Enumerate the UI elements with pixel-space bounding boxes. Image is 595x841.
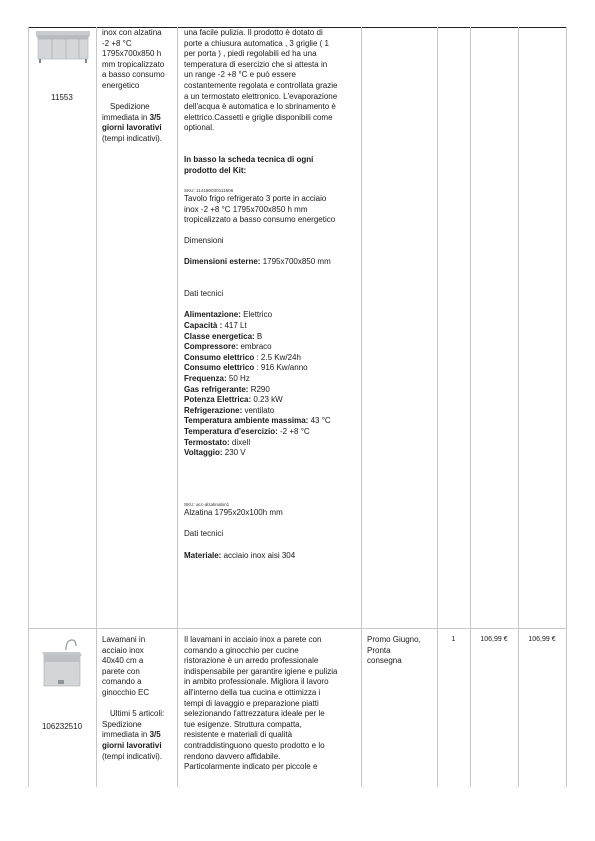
column-divider [566, 27, 567, 787]
spec-row: Alimentazione: Elettrico [184, 310, 360, 321]
quantity: 1 [437, 635, 470, 646]
product-image-refrigerated-table [34, 29, 92, 65]
spec-row: Materiale: acciaio inox aisi 304 [184, 551, 360, 562]
product-name: inox con alzatina -2 +8 °C 1795x700x850 … [102, 28, 176, 145]
spec-row: Capacità : 417 Lt [184, 321, 360, 332]
product-description: una facile pulizia. Il prodotto è dotato… [184, 28, 360, 561]
spec-list: Materiale: acciaio inox aisi 304 [184, 551, 360, 562]
kit-item-sku: SKU: 114180030111606 [184, 187, 360, 194]
spec-row: Refrigerazione: ventilato [184, 406, 360, 417]
kit-item-title: Alzatina 1795x20x100h mm [184, 508, 360, 519]
product-description: Il lavamani in acciaio inox a parete con… [184, 635, 360, 773]
section-technical-data: Dati tecnici [184, 289, 360, 300]
invoice-page: 11553 inox con alzatina -2 +8 °C 1795x70… [0, 0, 595, 841]
spec-dimensions: Dimensioni esterne: 1795x700x850 mm [184, 257, 360, 268]
spec-row: Compressore: embraco [184, 342, 360, 353]
product-name-line: inox con alzatina [102, 28, 176, 39]
product-name-line: 1795x700x850 h [102, 49, 176, 60]
spec-row: Potenza Elettrica: 0.23 kW [184, 395, 360, 406]
kit-heading: In basso la scheda tecnica di ogni [184, 155, 360, 166]
line-total: 106,99 € [518, 635, 566, 646]
row-divider [28, 628, 567, 629]
section-technical-data: Dati tecnici [184, 529, 360, 540]
spec-row: Voltaggio: 230 V [184, 448, 360, 459]
column-divider [518, 27, 519, 787]
spec-row: Temperatura d'esercizio: -2 +8 °C [184, 427, 360, 438]
spec-row: Temperatura ambiente massima: 43 °C [184, 416, 360, 427]
unit-price: 106,99 € [470, 635, 518, 646]
product-name-line: -2 +8 °C [102, 39, 176, 50]
column-divider [361, 27, 362, 787]
spec-list: Alimentazione: ElettricoCapacità : 417 L… [184, 310, 360, 458]
product-image-hand-sink [36, 636, 88, 692]
section-dimensions: Dimensioni [184, 236, 360, 247]
spec-row: Consumo elettrico : 916 Kw/anno [184, 363, 360, 374]
column-divider [470, 27, 471, 787]
product-name-line: mm tropicalizzato [102, 60, 176, 71]
column-divider [177, 27, 178, 787]
column-divider [28, 27, 29, 787]
kit-item-title: Tavolo frigo refrigerato 3 porte in acci… [184, 194, 360, 205]
spec-row: Gas refrigerante: R290 [184, 385, 360, 396]
product-name-line: energetico [102, 81, 176, 92]
kit-item-sku: SKU: acc-alzatinabin1 [184, 501, 360, 508]
sku-code: 106232510 [28, 722, 96, 733]
product-name: Lavamani in acciaio inox 40x40 cm a pare… [102, 635, 176, 762]
column-divider [96, 27, 97, 787]
spec-row: Classe energetica: B [184, 332, 360, 343]
sku-code: 11553 [28, 93, 96, 104]
shipping-info: Ultimi 5 articoli: Spedizione immediata … [102, 709, 176, 762]
spec-row: Consumo elettrico : 2.5 Kw/24h [184, 353, 360, 364]
spec-row: Frequenza: 50 Hz [184, 374, 360, 385]
promo-status: Promo Giugno, Pronta consegna [367, 635, 435, 667]
column-divider [437, 27, 438, 787]
product-name-line: a basso consumo [102, 70, 176, 81]
spec-row: Termostato: dixell [184, 438, 360, 449]
shipping-info: Spedizione immediata in 3/5 giorni lavor… [102, 102, 176, 144]
